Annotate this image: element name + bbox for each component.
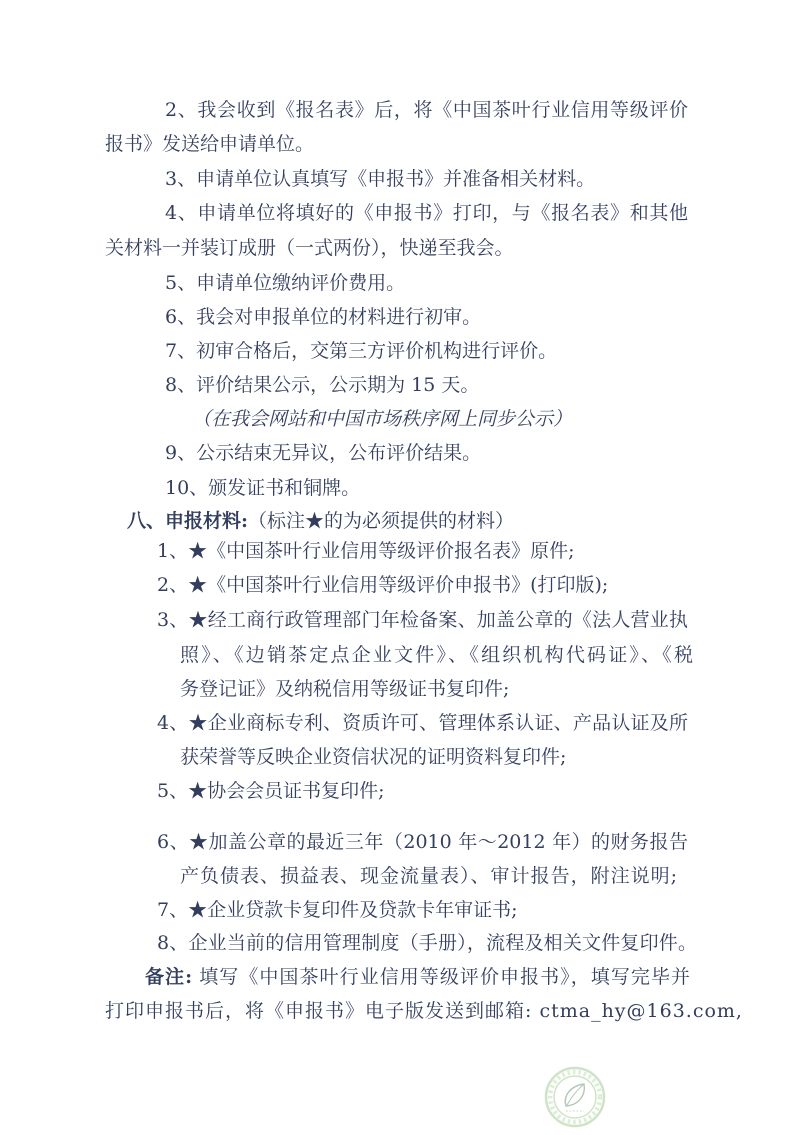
- material-item-line: 7、★企业贷款卡复印件及贷款卡年审证书;: [157, 896, 518, 924]
- procedure-step-line: 6、我会对申报单位的材料进行初审。: [165, 303, 481, 331]
- material-item-line: 5、★协会会员证书复印件;: [157, 777, 385, 805]
- publicity-note-line: （在我会网站和中国市场秩序网上同步公示）: [192, 405, 572, 433]
- procedure-step-line: 3、申请单位认真填写《申报书》并准备相关材料。: [165, 165, 595, 193]
- procedure-step-line: 2、我会收到《报名表》后，将《中国茶叶行业信用等级评价申: [165, 96, 688, 124]
- document-page: 2、我会收到《报名表》后，将《中国茶叶行业信用等级评价申 报书》发送给申请单位。…: [0, 0, 800, 1135]
- procedure-step-line: 关材料一并装订成册（一式两份），快递至我会。: [105, 234, 514, 262]
- material-item-line: 照》、《边销茶定点企业文件》、《组织机构代码证》、《税: [180, 641, 693, 669]
- remark-text: 填写《中国茶叶行业信用等级评价申报书》，填写完毕并: [192, 966, 690, 988]
- procedure-step-line: 9、公示结束无异议，公布评价结果。: [165, 439, 481, 467]
- section-heading-label: 八、申报材料:: [127, 510, 248, 532]
- procedure-step-line: 7、初审合格后，交第三方评价机构进行评价。: [165, 337, 557, 365]
- material-item-line: 8、企业当前的信用管理制度（手册），流程及相关文件复印件。: [157, 929, 697, 957]
- seal-inner-ring: [554, 1076, 596, 1118]
- material-item-line: 产负债表、损益表、现金流量表）、审计报告，附注说明;: [180, 862, 677, 890]
- procedure-step-line: 5、申请单位缴纳评价费用。: [165, 269, 405, 297]
- remark-line: 打印申报书后，将《申报书》电子版发送到邮箱: ctma_hy@163.com,: [105, 997, 743, 1025]
- section-heading-note: （标注★的为必须提供的材料）: [248, 510, 514, 532]
- remark-line: 备注: 填写《中国茶叶行业信用等级评价申报书》，填写完毕并: [145, 963, 690, 991]
- material-item-line: 1、★《中国茶叶行业信用等级评价报名表》原件;: [157, 537, 575, 565]
- material-item-line: 务登记证》及纳税信用等级证书复印件;: [180, 675, 509, 703]
- tea-leaf-seal-watermark: [543, 1065, 607, 1129]
- procedure-step-line: 4、申请单位将填好的《申报书》打印，与《报名表》和其他相: [165, 199, 688, 227]
- procedure-step-line: 8、评价结果公示，公示期为 15 天。: [165, 371, 479, 399]
- material-item-line: 6、★加盖公章的最近三年（2010 年～2012 年）的财务报告（资: [157, 828, 688, 856]
- material-item-line: 4、★企业商标专利、资质许可、管理体系认证、产品认证及所: [157, 709, 688, 737]
- procedure-step-line: 报书》发送给申请单位。: [105, 130, 314, 158]
- seal-ring-text-band: [550, 1072, 600, 1122]
- material-item-line: 3、★经工商行政管理部门年检备案、加盖公章的《法人营业执: [157, 606, 688, 634]
- section-heading-materials: 八、申报材料:（标注★的为必须提供的材料）: [127, 507, 514, 535]
- leaf-icon: [565, 1084, 584, 1106]
- material-item-line: 获荣誉等反映企业资信状况的证明资料复印件;: [180, 743, 566, 771]
- material-item-line: 2、★《中国茶叶行业信用等级评价申报书》(打印版);: [157, 571, 608, 599]
- remark-label: 备注:: [145, 966, 192, 988]
- procedure-step-line: 10、颁发证书和铜牌。: [165, 474, 360, 502]
